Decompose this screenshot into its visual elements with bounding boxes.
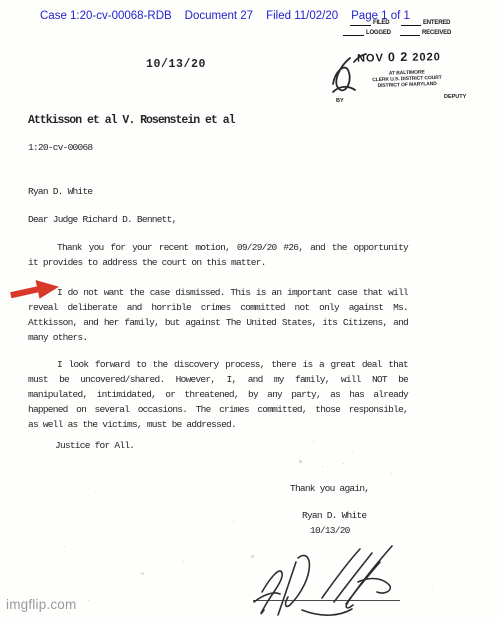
- paragraph-line: reveal deliberate and horrible crimes co…: [28, 300, 408, 315]
- stamp-by-label: BY: [336, 98, 344, 104]
- scanned-court-letter-page: Case 1:20-cv-00068-RDB Document 27 Filed…: [0, 0, 500, 619]
- stamp-entered-label: ENTERED: [423, 20, 450, 26]
- stamp-blank-line: [400, 35, 420, 36]
- paragraph-1: Thank you for your recent motion, 09/29/…: [28, 240, 408, 270]
- clerk-initials-scribble: [320, 52, 368, 107]
- paragraph-2: I do not want the case dismissed. This i…: [28, 285, 408, 345]
- handwritten-signature: [240, 540, 420, 619]
- paragraph-3: I look forward to the discovery process,…: [28, 357, 408, 432]
- closing-thanks: Thank you again,: [290, 483, 369, 494]
- sender-name: Ryan D. White: [28, 186, 92, 197]
- stamp-deputy-label: DEPUTY: [444, 94, 466, 100]
- closing-date: 10/13/20: [310, 525, 350, 536]
- scribble-icon: [320, 52, 368, 107]
- case-number: 1:20-cv-00068: [28, 142, 92, 153]
- paragraph-line: must be uncovered/shared. However, I, an…: [28, 372, 408, 387]
- stamp-blank-line: [401, 25, 421, 26]
- stamp-blank-line: [343, 35, 364, 36]
- paragraph-line: I look forward to the discovery process,…: [28, 357, 408, 372]
- paragraph-line: Thank you for your recent motion, 09/29/…: [28, 240, 408, 255]
- stamp-filed-label: FILED: [373, 20, 389, 26]
- case-header: Case 1:20-cv-00068-RDB Document 27 Filed…: [40, 10, 410, 22]
- signature-icon: [240, 540, 420, 619]
- case-title: Attkisson et al V. Rosenstein et al: [28, 114, 235, 127]
- stamp-received-label: RECEIVED: [422, 30, 451, 36]
- paragraph-line: it provides to address the court on this…: [28, 255, 408, 270]
- imgflip-watermark: imgflip.com: [6, 597, 76, 612]
- court-stamp-line3: DISTRICT OF MARYLAND: [368, 81, 446, 90]
- paragraph-line: Attkisson, and her family, but against T…: [28, 315, 408, 330]
- paragraph-line: as well as the victims, must be addresse…: [28, 417, 408, 432]
- letter-date: 10/13/20: [146, 58, 206, 71]
- stamp-blank-line: [350, 25, 371, 26]
- scan-noise: [0, 0, 1, 1]
- salutation: Dear Judge Richard D. Bennett,: [28, 214, 177, 225]
- paragraph-line: manipulated, intimidated, or threatened,…: [28, 387, 408, 402]
- paragraph-line: happened on several occasions. The crime…: [28, 402, 408, 417]
- paragraph-line: many others.: [28, 330, 408, 345]
- paragraph-line: I do not want the case dismissed. This i…: [28, 285, 408, 300]
- received-date-stamp: NOV 0 2 2020: [357, 49, 441, 64]
- stamp-logged-label: LOGGED: [366, 30, 391, 36]
- header-document-number: Document 27: [185, 10, 253, 22]
- court-stamp-text: AT BALTIMORE CLERK U.S. DISTRICT COURT D…: [368, 70, 447, 90]
- justice-line: Justice for All.: [55, 440, 134, 451]
- header-case-number: Case 1:20-cv-00068-RDB: [40, 10, 172, 22]
- closing-name: Ryan D. White: [302, 510, 366, 521]
- header-filed-date: Filed 11/02/20: [266, 10, 338, 22]
- stamp-day: 0 2: [388, 50, 409, 64]
- stamp-year: 2020: [412, 51, 441, 63]
